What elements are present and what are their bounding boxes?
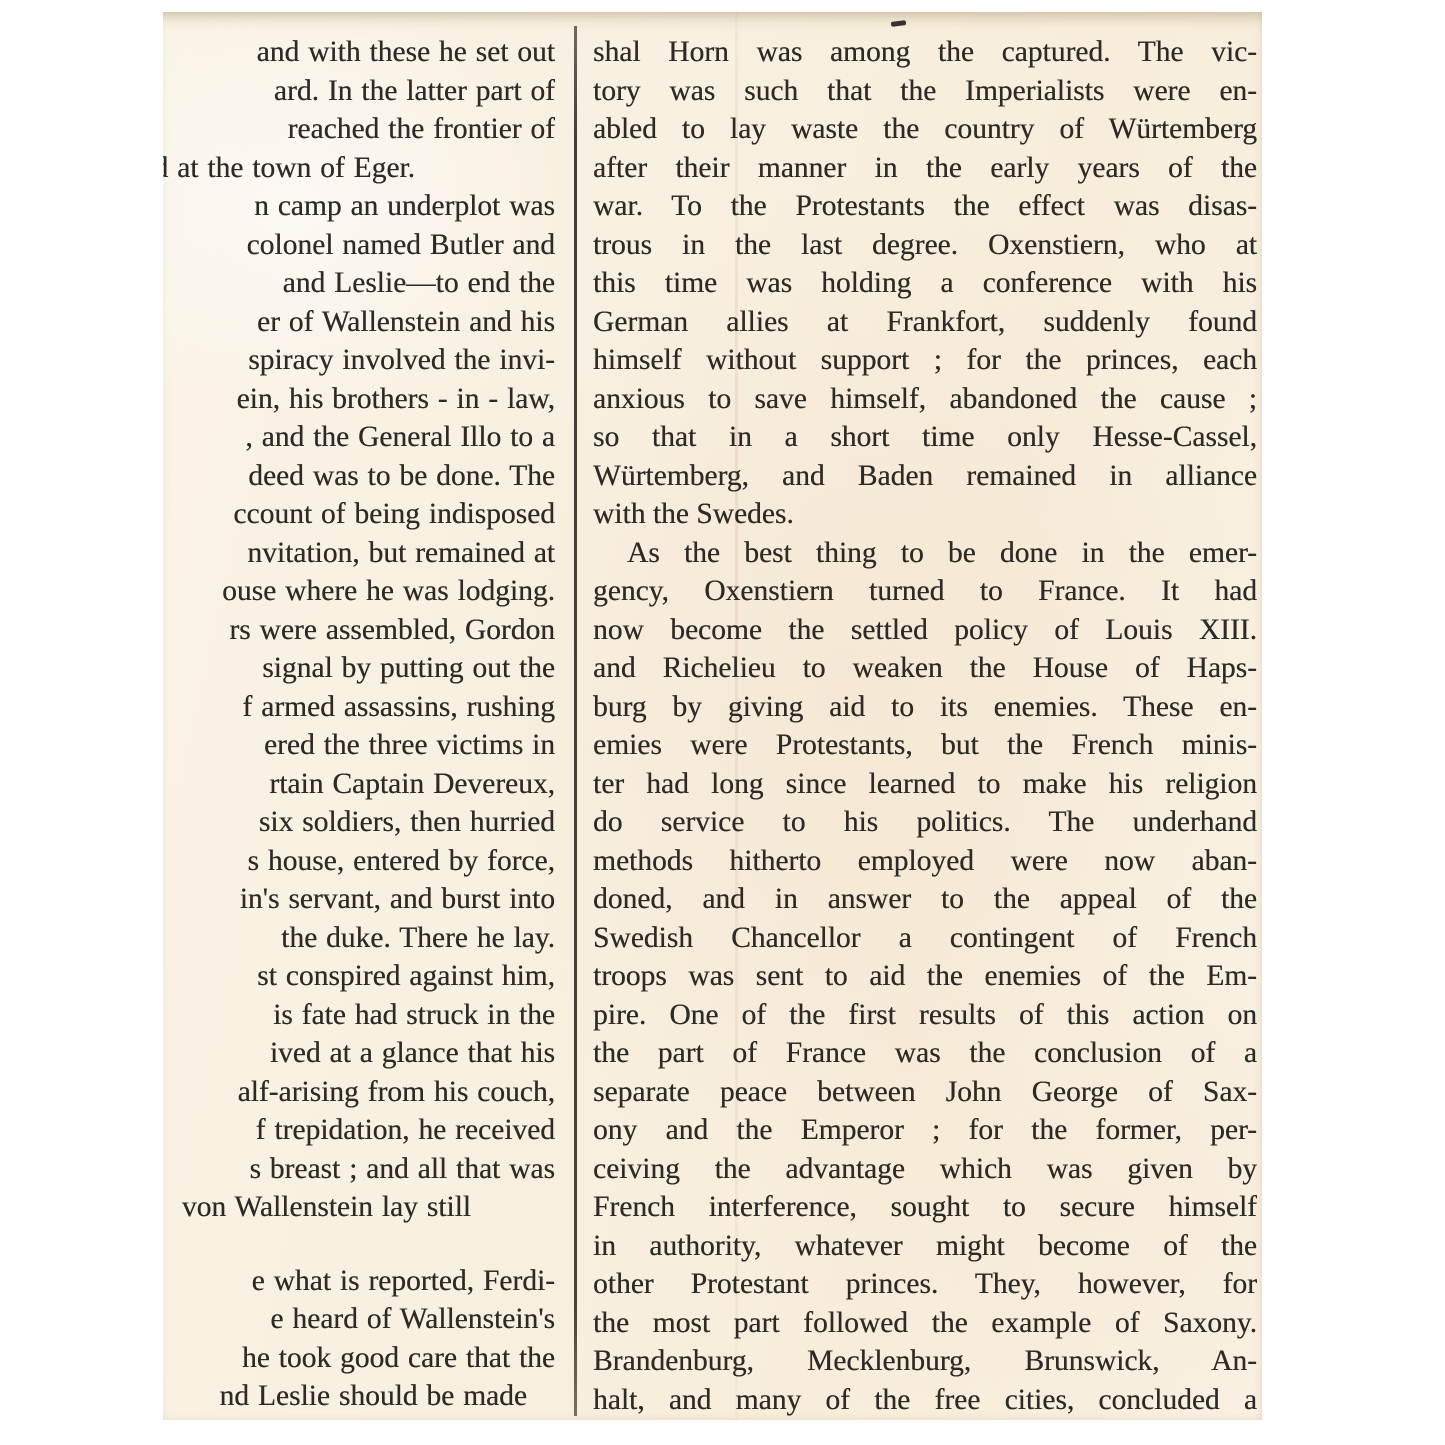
text-line-left: reached the frontier of (163, 110, 555, 149)
text-line-left: is fate had struck in the (163, 996, 555, 1035)
text-line-right: methods hitherto employed were now aban- (593, 842, 1257, 881)
right-text-column: shal Horn was among the captured. The vi… (593, 33, 1257, 1419)
text-line-right: tory was such that the Imperialists were… (593, 72, 1257, 111)
text-line-left: six soldiers, then hurried (163, 803, 555, 842)
text-line-left: he took good care that the (163, 1339, 555, 1378)
text-line-left: and Leslie—to end the (163, 264, 555, 303)
text-line-left: von Wallenstein lay still (163, 1188, 555, 1227)
text-line-left: ein, his brothers - in - law, (163, 380, 555, 419)
text-line-left: deed was to be done. The (163, 457, 555, 496)
scan-background: and with these he set outard. In the lat… (0, 0, 1445, 1445)
text-line-left: and with these he set out (163, 33, 555, 72)
text-line-right: burg by giving aid to its enemies. These… (593, 688, 1257, 727)
text-line-left: s breast ; and all that was (163, 1150, 555, 1189)
text-line-left: in's servant, and burst into (163, 880, 555, 919)
text-line-right: the most part followed the example of Sa… (593, 1304, 1257, 1343)
text-line-right: this time was holding a conference with … (593, 264, 1257, 303)
text-line-left: ard. In the latter part of (163, 72, 555, 111)
text-line-right: other Protestant princes. They, however,… (593, 1265, 1257, 1304)
text-line-right: ony and the Emperor ; for the former, pe… (593, 1111, 1257, 1150)
text-line-right: war. To the Protestants the effect was d… (593, 187, 1257, 226)
text-line-right: troops was sent to aid the enemies of th… (593, 957, 1257, 996)
text-line-right: anxious to save himself, abandoned the c… (593, 380, 1257, 419)
text-line-left: st conspired against him, (163, 957, 555, 996)
text-line-left: n camp an underplot was (163, 187, 555, 226)
text-line-right: after their manner in the early years of… (593, 149, 1257, 188)
text-line-right: French interference, sought to secure hi… (593, 1188, 1257, 1227)
text-line-left: rs were assembled, Gordon (163, 611, 555, 650)
text-line-right: ter had long since learned to make his r… (593, 765, 1257, 804)
column-divider-rule (574, 26, 577, 1416)
text-line-right: Brandenburg, Mecklenburg, Brunswick, An- (593, 1342, 1257, 1381)
text-line-right: with the Swedes. (593, 495, 1257, 534)
text-line-left: signal by putting out the (163, 649, 555, 688)
book-page-scan: and with these he set outard. In the lat… (163, 12, 1262, 1420)
text-line-right: do service to his politics. The underhan… (593, 803, 1257, 842)
text-line-right: pire. One of the first results of this a… (593, 996, 1257, 1035)
text-line-right: shal Horn was among the captured. The vi… (593, 33, 1257, 72)
text-line-right: As the best thing to be done in the emer… (593, 534, 1257, 573)
left-text-column: and with these he set outard. In the lat… (163, 33, 555, 1419)
text-line-left: e what is reported, Ferdi- (163, 1262, 555, 1301)
text-line-right: emies were Protestants, but the French m… (593, 726, 1257, 765)
text-line-left: alf-arising from his couch, (163, 1073, 555, 1112)
text-line-left: e heard of Wallenstein's (163, 1300, 555, 1339)
text-line-left: ouse where he was lodging. (163, 572, 555, 611)
text-line-right: halt, and many of the free cities, concl… (593, 1381, 1257, 1420)
text-line-right: ceiving the advantage which was given by (593, 1150, 1257, 1189)
text-line-right: now become the settled policy of Louis X… (593, 611, 1257, 650)
text-line-left: ered the three victims in (163, 726, 555, 765)
text-line-left: nvitation, but remained at (163, 534, 555, 573)
text-line-right: himself without support ; for the prince… (593, 341, 1257, 380)
text-line-left: , and the General Illo to a (163, 418, 555, 457)
text-line-right: trous in the last degree. Oxenstiern, wh… (593, 226, 1257, 265)
text-line-left: spiracy involved the invi- (163, 341, 555, 380)
text-line-left: colonel named Butler and (163, 226, 555, 265)
text-line-left: rtain Captain Devereux, (163, 765, 555, 804)
text-line-right: doned, and in answer to the appeal of th… (593, 880, 1257, 919)
text-line-right: German allies at Frankfort, suddenly fou… (593, 303, 1257, 342)
text-line-right: in authority, whatever might become of t… (593, 1227, 1257, 1266)
text-line-left: d at the town of Eger. (163, 149, 555, 188)
text-line-right: gency, Oxenstiern turned to France. It h… (593, 572, 1257, 611)
text-line-left: ived at a glance that his (163, 1034, 555, 1073)
text-line-right: Swedish Chancellor a contingent of Frenc… (593, 919, 1257, 958)
text-line-left: the duke. There he lay. (163, 919, 555, 958)
text-line-right: so that in a short time only Hesse-Casse… (593, 418, 1257, 457)
text-line-right: abled to lay waste the country of Würtem… (593, 110, 1257, 149)
text-line-left: f armed assassins, rushing (163, 688, 555, 727)
ink-speck (891, 20, 906, 27)
text-line-left: er of Wallenstein and his (163, 303, 555, 342)
text-line-right: and Richelieu to weaken the House of Hap… (593, 649, 1257, 688)
text-line-right: the part of France was the conclusion of… (593, 1034, 1257, 1073)
text-line-left: nd Leslie should be made (163, 1377, 555, 1416)
text-line-left: s house, entered by force, (163, 842, 555, 881)
text-line-left: ccount of being indisposed (163, 495, 555, 534)
text-line-right: separate peace between John George of Sa… (593, 1073, 1257, 1112)
text-line-right: Würtemberg, and Baden remained in allian… (593, 457, 1257, 496)
text-line-left: f trepidation, he received (163, 1111, 555, 1150)
paragraph-gap (163, 1227, 555, 1262)
